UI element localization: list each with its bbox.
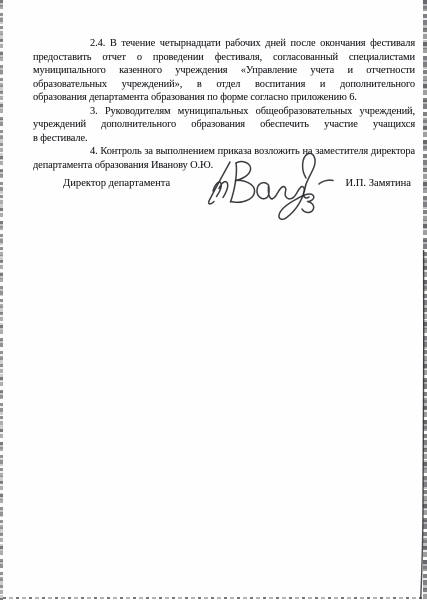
- paragraph-3: 3. Руководителям муниципальных общеобраз…: [33, 105, 415, 146]
- text-line: муниципального казенного учреждения «Упр…: [33, 64, 415, 78]
- scan-artifact-bottom-edge: [3, 597, 424, 599]
- text-line: учреждений дополнительного образования о…: [33, 118, 415, 132]
- text-line: 3. Руководителям муниципальных общеобраз…: [33, 105, 415, 119]
- scanned-document-page: 2.4. В течение четырнадцати рабочих дней…: [0, 0, 427, 600]
- scan-artifact-right-edge: [423, 0, 427, 600]
- text-line: образования департамента образования по …: [33, 91, 415, 105]
- paragraph-2-4: 2.4. В течение четырнадцати рабочих дней…: [33, 37, 415, 105]
- text-line: образовательных учреждений», в отдел вос…: [33, 78, 415, 92]
- handwritten-signature-icon: [202, 151, 334, 225]
- text-line: в фестивале.: [33, 132, 415, 146]
- scan-artifact-left-edge: [0, 0, 3, 600]
- signer-name-label: И.П. Замятина: [345, 177, 411, 190]
- text-line: предоставить отчет о проведении фестивал…: [33, 51, 415, 65]
- signer-position-label: Директор департамента: [63, 177, 170, 190]
- text-line: 2.4. В течение четырнадцати рабочих дней…: [33, 37, 415, 51]
